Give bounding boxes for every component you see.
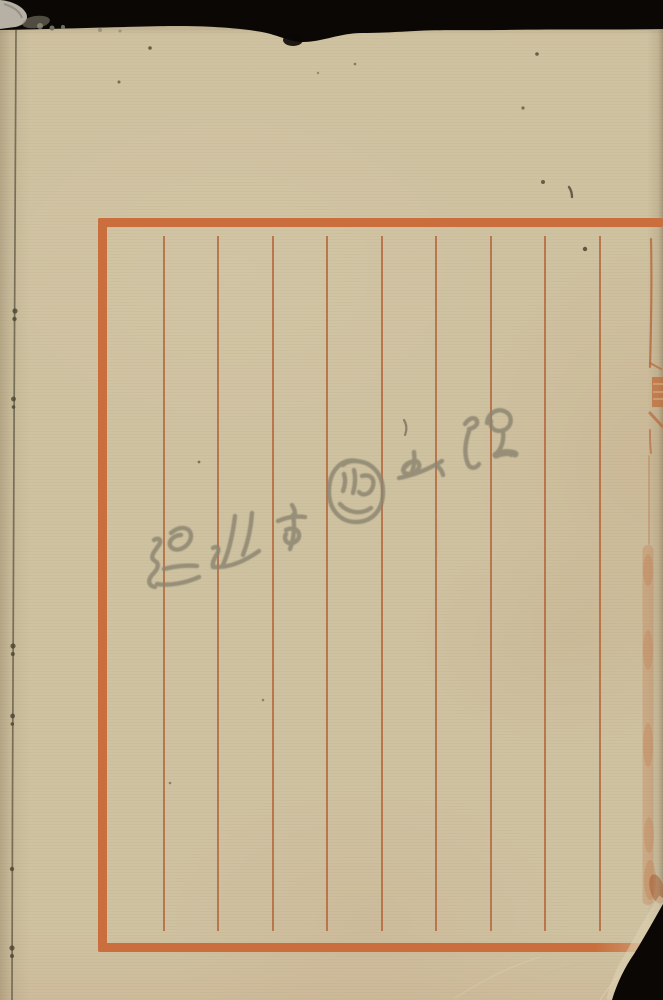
inscription-char-2 xyxy=(213,513,259,567)
inscription-char-1 xyxy=(149,528,199,587)
scan-detail-overlay xyxy=(0,0,663,1000)
inscription-char-4 xyxy=(329,461,383,522)
inscription-char-6 xyxy=(465,410,515,468)
inscription-char-3 xyxy=(278,505,305,549)
spine-stitching xyxy=(9,30,17,1000)
bottom-corner-curl xyxy=(611,873,663,1000)
inscription-char-5 xyxy=(399,452,443,478)
page-top-edge xyxy=(0,0,663,46)
dirt-specks xyxy=(118,46,588,784)
ink-smudge-right-edge xyxy=(643,377,663,905)
handwritten-inscription xyxy=(149,410,515,587)
scanned-page xyxy=(0,0,663,1000)
